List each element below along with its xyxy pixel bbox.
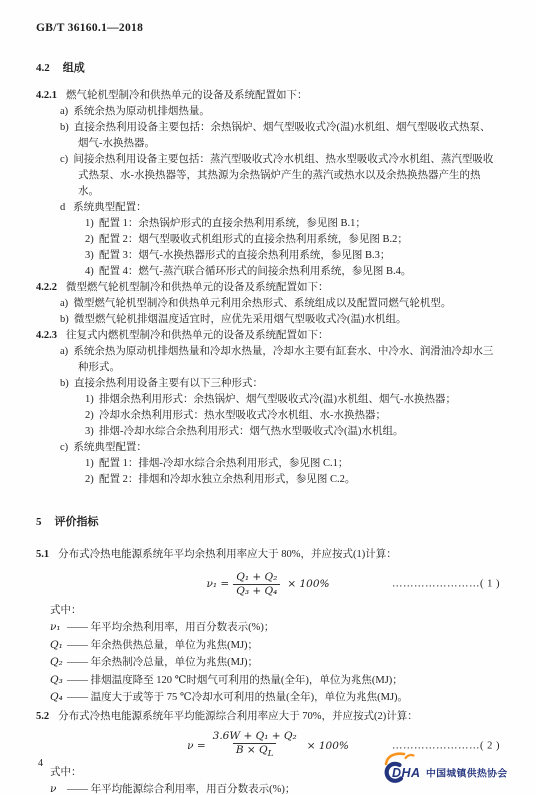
standard-number: GB/T 36160.1—2018 <box>0 0 536 34</box>
association-name-text: 中国城镇供热协会 <box>426 767 508 780</box>
clause-4-2-title: 组成 <box>63 62 85 74</box>
clause-5-1-text: 分布式冷热电能源系统年平均余热利用率应大于 80%，并应按式(1)计算： <box>58 549 397 560</box>
symbol-q3: Q₃ <box>50 672 67 689</box>
list-item-c: c) 间接余热利用设备主要包括：蒸汽型吸收式冷水机组、热水型吸收式冷水机组、蒸汽… <box>36 152 500 200</box>
symbol-q4: Q₄ <box>50 689 67 706</box>
symbol-q1: Q₁ <box>50 637 67 654</box>
symbol-q1-text: —— 年余热供热总量，单位为兆焦(MJ)； <box>67 640 258 651</box>
clause-4-2-2-intro: 微型燃气轮机型制冷和供热单元的设备及系统配置如下： <box>66 282 329 293</box>
config-item-1: 1) 配置 1：余热锅炉形式的直接余热利用系统，参见图 B.1； <box>36 216 500 232</box>
clause-4-2-3-intro: 往复式内燃机型制冷和供热单元的设备及系统配置如下： <box>66 330 329 341</box>
equation-2-den-subscript: L <box>268 749 274 759</box>
equation-1-leader: ……………………( 1 ) <box>392 579 500 590</box>
document-body: 4.2组成 4.2.1燃气轮机型制冷和供热单元的设备及系统配置如下： a) 系统… <box>0 60 536 795</box>
symbol-definition: Q₃—— 排烟温度降至 120 ℃时烟气可利用的热量(全年)，单位为兆焦(MJ)… <box>36 672 500 690</box>
where-label: 式中： <box>36 603 500 619</box>
clause-4-2-2-number: 4.2.2 <box>36 282 57 293</box>
list-item-b: b) 直接余热利用设备主要有以下三种形式： <box>36 376 500 392</box>
equation-1-multiplier: × 100% <box>287 578 329 590</box>
symbol-nu: ν <box>50 781 67 795</box>
list-item-a: a) 系统余热为原动机排烟热量。 <box>36 104 500 120</box>
list-item-d: d 系统典型配置： <box>36 200 500 216</box>
clause-4-2-1-intro: 燃气轮机型制冷和供热单元的设备及系统配置如下： <box>66 90 308 101</box>
equation-1-denominator: Q₃ + Q₄ <box>233 584 280 598</box>
equation-2-lhs: ν = <box>187 740 206 752</box>
equation-1-numerator: Q₁ + Q₂ <box>233 571 280 584</box>
clause-5-2-text: 分布式冷热电能源系统年平均能源综合利用率应大于 70%，并应按式(2)计算： <box>58 711 418 722</box>
clause-5-title: 评价指标 <box>55 516 99 528</box>
leader-dots: …………………… <box>392 740 480 751</box>
clause-5-1: 5.1分布式冷热电能源系统年平均余热利用率应大于 80%，并应按式(1)计算： <box>36 547 500 563</box>
clause-5-1-number: 5.1 <box>36 549 49 560</box>
list-item-b: b) 直接余热利用设备主要包括：余热锅炉、烟气型吸收式冷(温)水机组、烟气型吸收… <box>36 120 500 152</box>
sub-item-2: 2) 冷却水余热利用形式：热水型吸收式冷水机组、水-水换热器； <box>36 408 500 424</box>
config-item-1: 1) 配置 1：排烟-冷却水综合余热利用形式，参见图 C.1； <box>36 456 500 472</box>
dha-logo: DHA 中国城镇供热协会 <box>384 751 508 790</box>
document-page: GB/T 36160.1—2018 4.2组成 4.2.1燃气轮机型制冷和供热单… <box>0 0 536 795</box>
clause-4-2-1: 4.2.1燃气轮机型制冷和供热单元的设备及系统配置如下： <box>36 88 500 104</box>
symbol-q2-text: —— 年余热制冷总量，单位为兆焦(MJ)； <box>67 657 258 668</box>
equation-2-fraction: 3.6W + Q₁ + Q₂ B × QL <box>210 730 300 761</box>
clause-5-2-number: 5.2 <box>36 711 49 722</box>
equation-2: ν = 3.6W + Q₁ + Q₂ B × QL × 100% <box>187 730 349 761</box>
sub-item-3: 3) 排烟-冷却水综合余热利用形式：烟气热水型吸收式冷(温)水机组。 <box>36 424 500 440</box>
config-item-3: 3) 配置 3：烟气-水换热器形式的直接余热利用系统，参见图 B.3； <box>36 248 500 264</box>
config-item-2: 2) 配置 2：排烟和冷却水独立余热利用形式，参见图 C.2。 <box>36 472 500 488</box>
symbol-definition: Q₄—— 温度大于或等于 75 ℃冷却水可利用的热量(全年)，单位为兆焦(MJ)… <box>36 689 500 707</box>
equation-2-den-base: B × Q <box>236 744 268 756</box>
symbol-nu-text: —— 年平均能源综合利用率，用百分数表示(%)； <box>67 784 295 795</box>
equation-1: ν₁ = Q₁ + Q₂ Q₃ + Q₄ × 100% <box>207 571 330 598</box>
clause-5-2: 5.2分布式冷热电能源系统年平均能源综合利用率应大于 70%，并应按式(2)计算… <box>36 709 500 725</box>
equation-1-lhs: ν₁ = <box>207 578 230 590</box>
list-item-b: b) 微型燃气轮机排烟温度适宜时，应优先采用烟气型吸收式冷(温)水机组。 <box>36 312 500 328</box>
dha-logo-graphic: DHA 中国城镇供热协会 <box>384 751 508 785</box>
symbol-q3-text: —— 排烟温度降至 120 ℃时烟气可利用的热量(全年)，单位为兆焦(MJ)； <box>67 675 403 686</box>
logo-abbr-text: DHA <box>392 766 421 780</box>
symbol-definition: Q₂—— 年余热制冷总量，单位为兆焦(MJ)； <box>36 654 500 672</box>
clause-4-2-3: 4.2.3往复式内燃机型制冷和供热单元的设备及系统配置如下： <box>36 328 500 344</box>
clause-4-2-heading: 4.2组成 <box>36 60 500 76</box>
list-item-a: a) 系统余热为原动机排烟热量和冷却水热量，冷却水主要有缸套水、中冷水、润滑油冷… <box>36 344 500 376</box>
logo-swoosh-small-icon <box>406 755 414 758</box>
equation-2-leader: ……………………( 2 ) <box>392 740 500 751</box>
equation-2-denominator: B × QL <box>233 743 277 761</box>
equation-1-number: ( 1 ) <box>480 579 500 590</box>
equation-2-number: ( 2 ) <box>480 740 500 751</box>
symbol-q2: Q₂ <box>50 654 67 671</box>
symbol-definition: Q₁—— 年余热供热总量，单位为兆焦(MJ)； <box>36 637 500 655</box>
clause-4-2-3-number: 4.2.3 <box>36 330 57 341</box>
equation-2-multiplier: × 100% <box>307 740 349 752</box>
clause-4-2-number: 4.2 <box>36 62 50 74</box>
symbol-definition: ν₁—— 年平均余热利用率，用百分数表示(%)； <box>36 619 500 637</box>
list-item-c: c) 系统典型配置： <box>36 440 500 456</box>
clause-5-number: 5 <box>36 516 42 528</box>
clause-4-2-1-number: 4.2.1 <box>36 90 57 101</box>
page-number: 4 <box>38 758 43 769</box>
equation-1-row: ν₁ = Q₁ + Q₂ Q₃ + Q₄ × 100% ……………………( 1 … <box>36 568 500 600</box>
equation-2-numerator: 3.6W + Q₁ + Q₂ <box>210 730 300 743</box>
symbol-nu1: ν₁ <box>50 619 67 636</box>
leader-dots: …………………… <box>392 579 480 590</box>
config-item-2: 2) 配置 2：烟气型吸收式机组形式的直接余热利用系统，参见图 B.2； <box>36 232 500 248</box>
equation-1-fraction: Q₁ + Q₂ Q₃ + Q₄ <box>233 571 280 598</box>
config-item-4: 4) 配置 4：燃气-蒸汽联合循环形式的间接余热利用系统，参见图 B.4。 <box>36 264 500 280</box>
symbol-q4-text: —— 温度大于或等于 75 ℃冷却水可利用的热量(全年)，单位为兆焦(MJ)。 <box>67 692 408 703</box>
list-item-a: a) 微型燃气轮机型制冷和供热单元利用余热形式、系统组成以及配置同燃气轮机型。 <box>36 296 500 312</box>
sub-item-1: 1) 排烟余热利用形式：余热锅炉、烟气型吸收式冷(温)水机组、烟气-水换热器； <box>36 392 500 408</box>
clause-4-2-2: 4.2.2微型燃气轮机型制冷和供热单元的设备及系统配置如下： <box>36 280 500 296</box>
symbol-nu1-text: —— 年平均余热利用率，用百分数表示(%)； <box>67 622 274 633</box>
clause-5-heading: 5评价指标 <box>36 514 500 530</box>
